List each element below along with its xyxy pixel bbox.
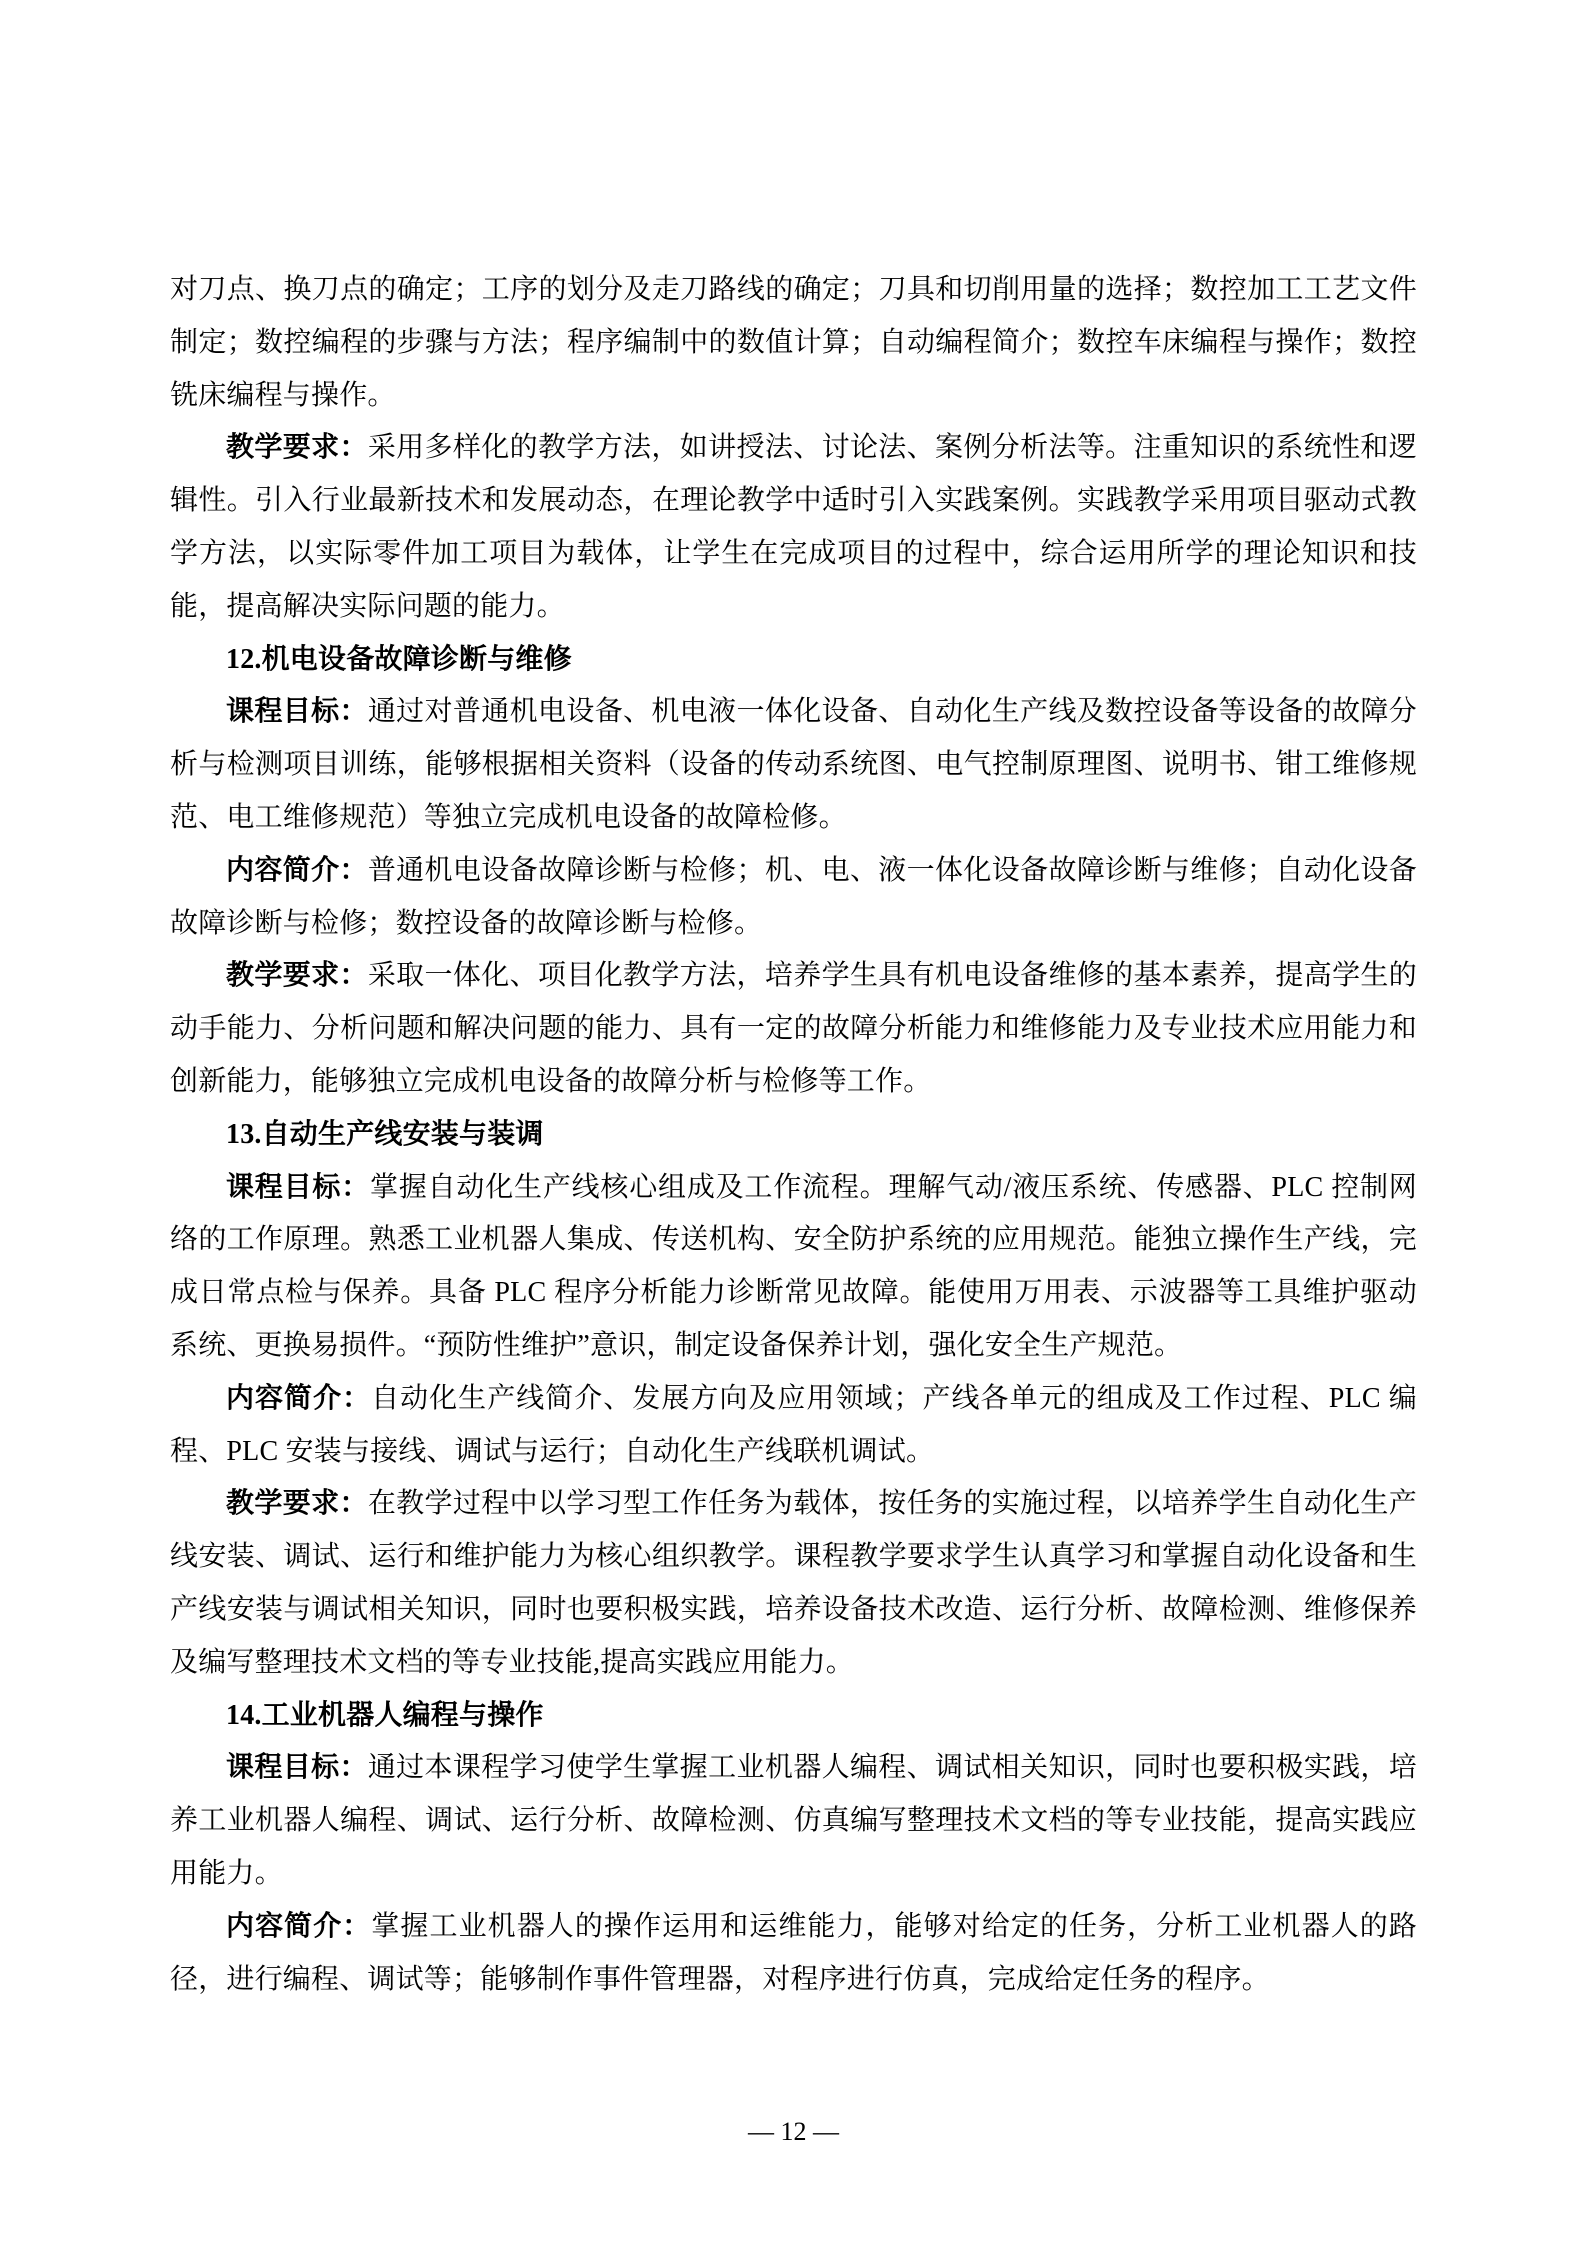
paragraph-content-intro-14: 内容简介：掌握工业机器人的操作运用和运维能力，能够对给定的任务，分析工业机器人的… xyxy=(170,1901,1417,2007)
heading-course-13: 13.自动生产线安装与装调 xyxy=(170,1109,1417,1162)
paragraph-course-objectives-14: 课程目标：通过本课程学习使学生掌握工业机器人编程、调试相关知识，同时也要积极实践… xyxy=(170,1742,1417,1900)
paragraph-label: 内容简介： xyxy=(226,1911,371,1942)
paragraph-content-intro-13: 内容简介：自动化生产线简介、发展方向及应用领域；产线各单元的组成及工作过程、PL… xyxy=(170,1373,1417,1479)
paragraph-cnc-content-continued: 对刀点、换刀点的确定；工序的划分及走刀路线的确定；刀具和切削用量的选择；数控加工… xyxy=(170,264,1417,422)
paragraph-label: 内容简介： xyxy=(226,1383,371,1414)
paragraph-label: 课程目标： xyxy=(226,1752,368,1783)
page-number: — 12 — xyxy=(0,2116,1587,2147)
paragraph-teaching-requirements-13: 教学要求：在教学过程中以学习型工作任务为载体，按任务的实施过程，以培养学生自动化… xyxy=(170,1478,1417,1689)
paragraph-teaching-requirements-cnc: 教学要求：采用多样化的教学方法，如讲授法、讨论法、案例分析法等。注重知识的系统性… xyxy=(170,422,1417,633)
paragraph-label: 内容简介： xyxy=(226,855,368,886)
paragraph-course-objectives-12: 课程目标：通过对普通机电设备、机电液一体化设备、自动化生产线及数控设备等设备的故… xyxy=(170,686,1417,844)
document-page: 对刀点、换刀点的确定；工序的划分及走刀路线的确定；刀具和切削用量的选择；数控加工… xyxy=(0,0,1587,2245)
heading-course-14: 14.工业机器人编程与操作 xyxy=(170,1690,1417,1743)
paragraph-teaching-requirements-12: 教学要求：采取一体化、项目化教学方法，培养学生具有机电设备维修的基本素养，提高学… xyxy=(170,950,1417,1108)
paragraph-content-intro-12: 内容简介：普通机电设备故障诊断与检修；机、电、液一体化设备故障诊断与维修；自动化… xyxy=(170,845,1417,951)
paragraph-label: 教学要求： xyxy=(226,1488,368,1519)
document-body: 对刀点、换刀点的确定；工序的划分及走刀路线的确定；刀具和切削用量的选择；数控加工… xyxy=(170,264,1417,2006)
paragraph-label: 教学要求： xyxy=(226,432,368,463)
paragraph-label: 课程目标： xyxy=(226,1172,370,1203)
paragraph-label: 课程目标： xyxy=(226,696,368,727)
heading-course-12: 12.机电设备故障诊断与维修 xyxy=(170,634,1417,687)
paragraph-course-objectives-13: 课程目标：掌握自动化生产线核心组成及工作流程。理解气动/液压系统、传感器、PLC… xyxy=(170,1162,1417,1373)
paragraph-label: 教学要求： xyxy=(226,960,368,991)
